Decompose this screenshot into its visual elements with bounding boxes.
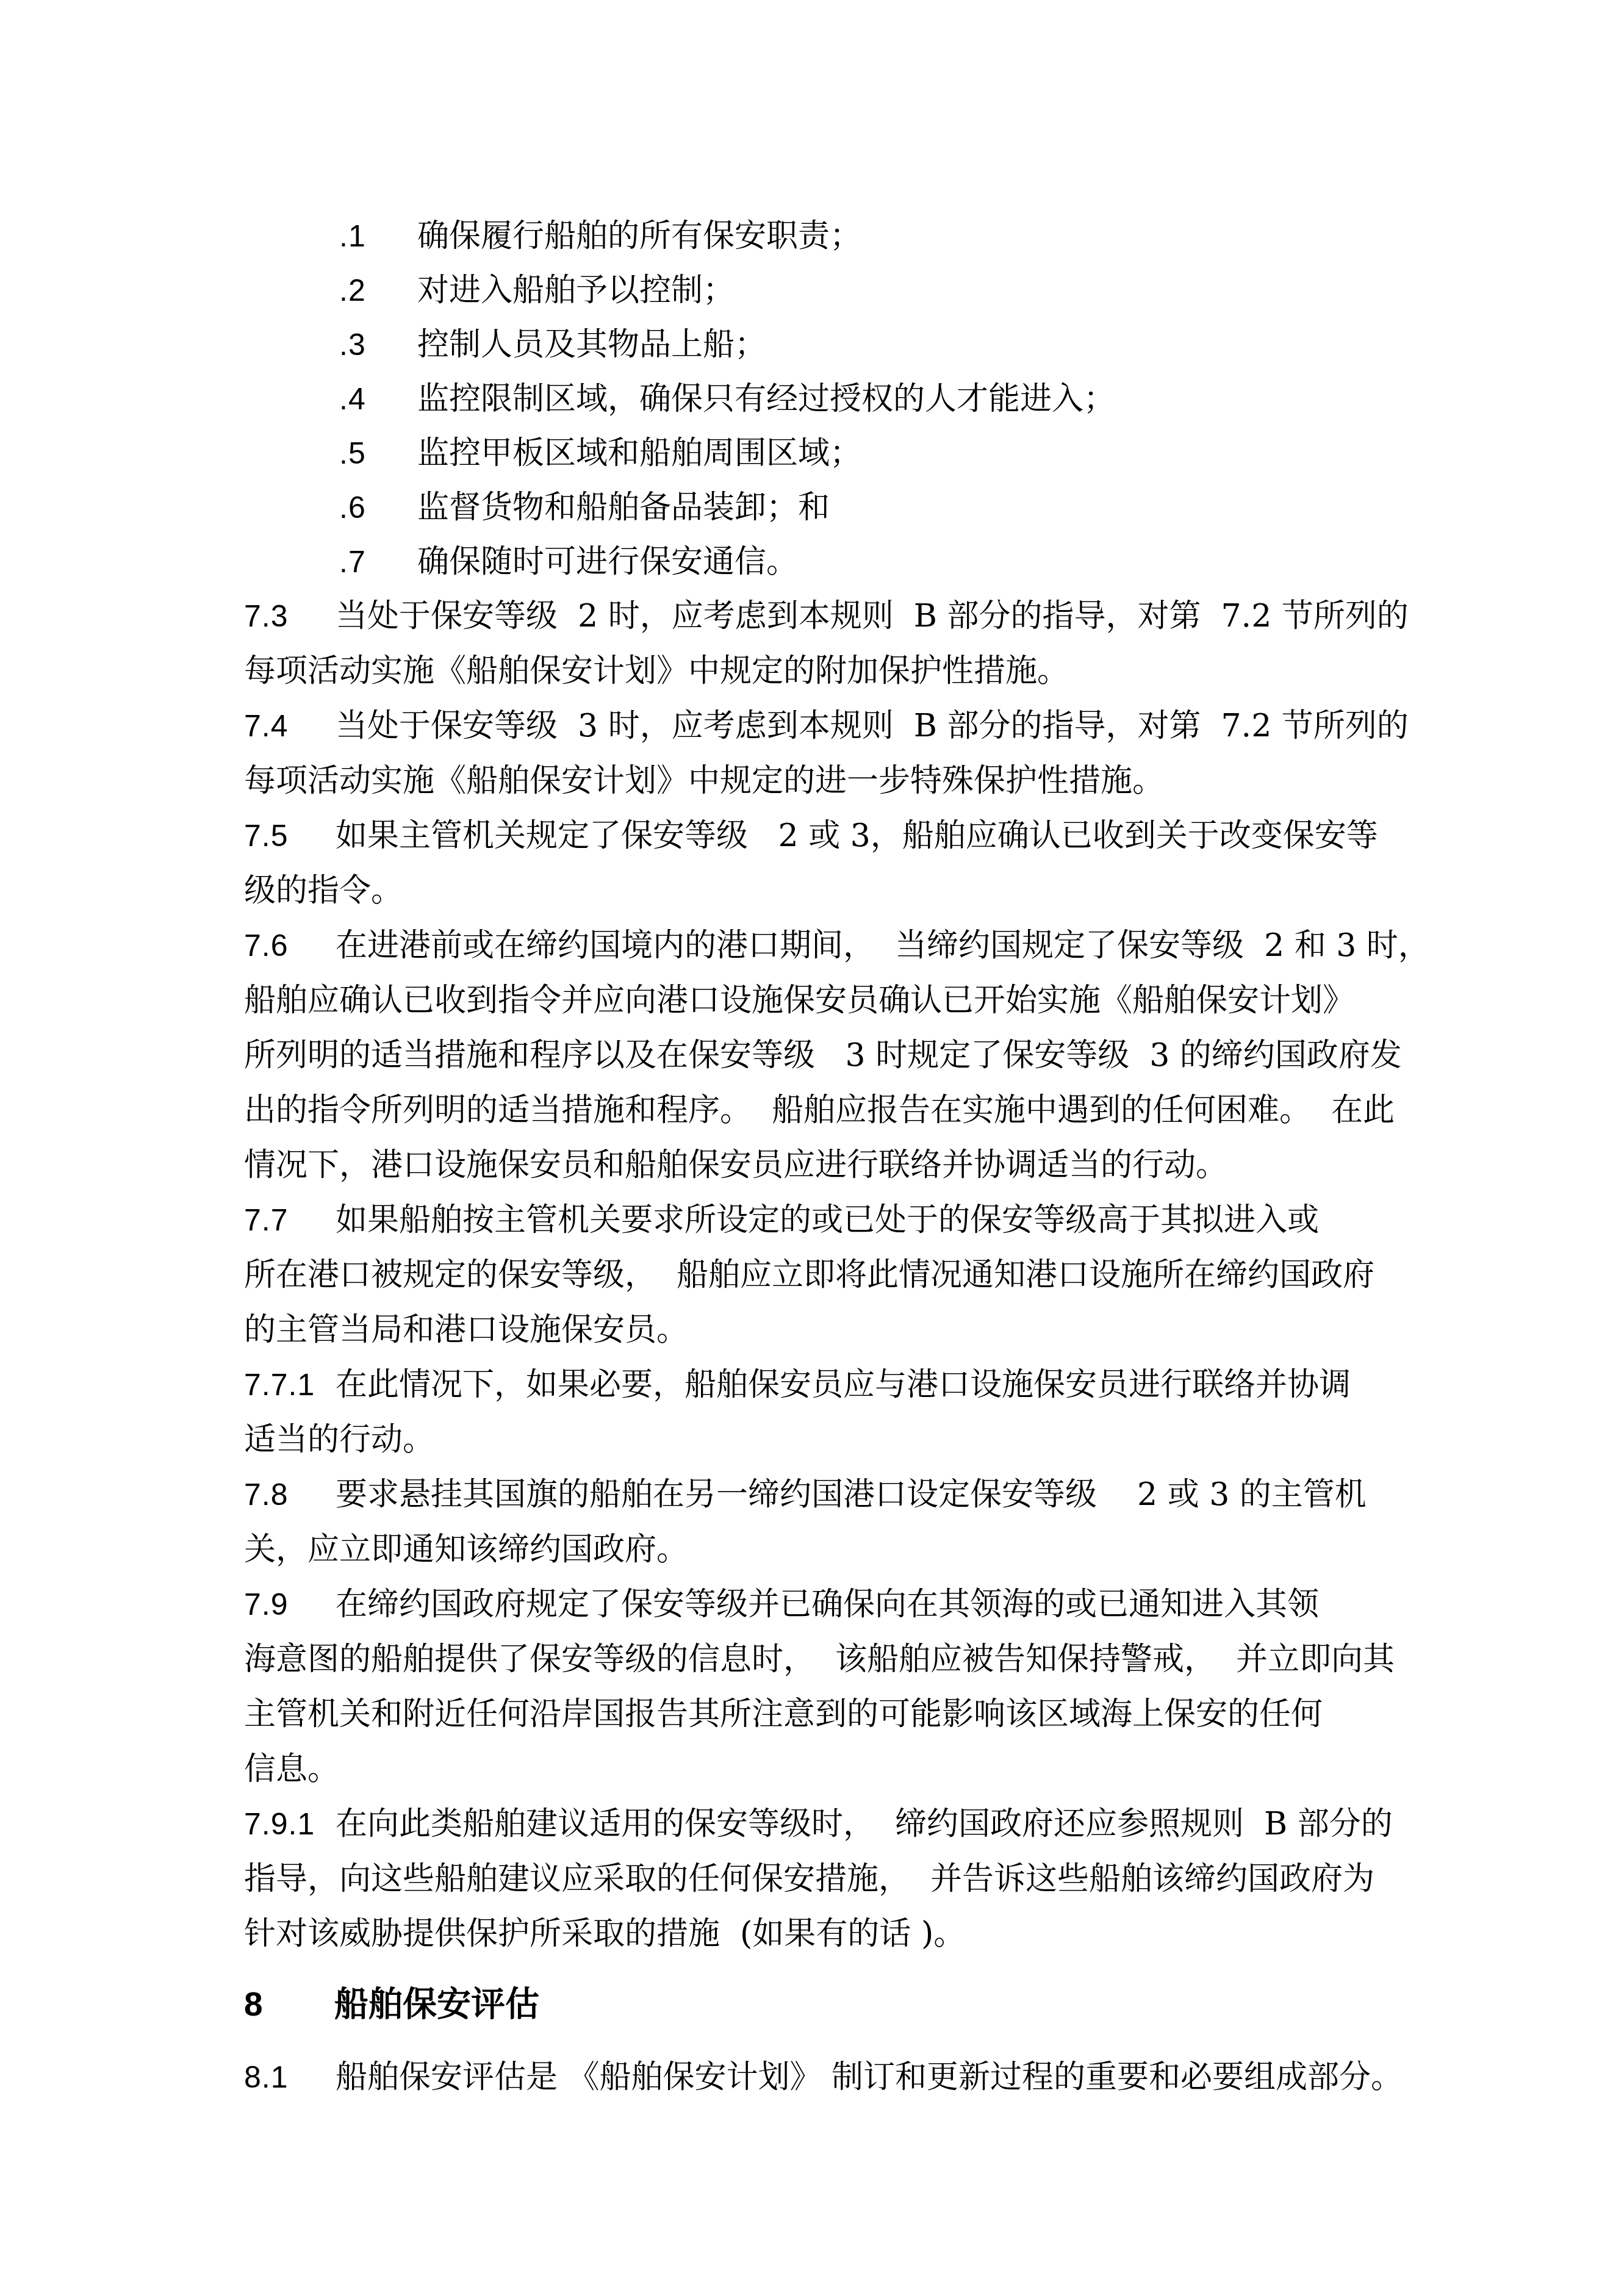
list-item-line: .2对进入船舶予以控制； <box>0 262 1624 320</box>
paragraph-first-line: 7.7.1在此情况下，如果必要，船舶保安员应与港口设施保安员进行联络并协调 <box>0 1356 1624 1414</box>
list-item-line: .5监控甲板区域和船舶周围区域； <box>0 425 1624 483</box>
item-number: .5 <box>339 425 366 483</box>
list-item-line: .3控制人员及其物品上船； <box>0 316 1624 374</box>
line-text: 在此情况下，如果必要，船舶保安员应与港口设施保安员进行联络并协调 <box>336 1356 1351 1414</box>
line-text: 针对该威胁提供保护所采取的措施 (如果有的话 )。 <box>244 1905 965 1963</box>
list-item-line: .4监控限制区域，确保只有经过授权的人才能进入； <box>0 370 1624 428</box>
line-text: 船舶应确认已收到指令并应向港口设施保安员确认已开始实施《船舶保安计划》 <box>244 972 1354 1030</box>
item-number: .6 <box>339 479 366 537</box>
list-item-line: .6监督货物和船舶备品装卸；和 <box>0 479 1624 537</box>
section-heading-text: 船舶保安评估 <box>334 1975 539 2033</box>
paragraph-first-line: 8.1船舶保安评估是 《船舶保安计划》 制订和更新过程的重要和必要组成部分。 <box>0 2049 1624 2106</box>
item-number: 7.5 <box>244 807 289 865</box>
list-item-line: .1确保履行船舶的所有保安职责； <box>0 207 1624 265</box>
line-text: 关，应立即通知该缔约国政府。 <box>244 1521 688 1579</box>
item-number: 7.9 <box>244 1576 289 1634</box>
paragraph-continuation-line: 船舶应确认已收到指令并应向港口设施保安员确认已开始实施《船舶保安计划》 <box>0 972 1624 1030</box>
item-number: .4 <box>339 370 366 428</box>
line-text: 如果船舶按主管机关要求所设定的或已处于的保安等级高于其拟进入或 <box>336 1191 1319 1249</box>
item-number: 7.9.1 <box>244 1795 315 1853</box>
item-number: 7.3 <box>244 587 289 645</box>
paragraph-continuation-line: 关，应立即通知该缔约国政府。 <box>0 1521 1624 1579</box>
line-text: 在向此类船舶建议适用的保安等级时， 缔约国政府还应参照规则 B 部分的 <box>336 1795 1393 1853</box>
paragraph-continuation-line: 信息。 <box>0 1740 1624 1798</box>
line-text: 适当的行动。 <box>244 1411 434 1469</box>
item-number: 7.8 <box>244 1466 289 1524</box>
paragraph-first-line: 7.8要求悬挂其国旗的船舶在另一缔约国港口设定保安等级 2 或 3 的主管机 <box>0 1466 1624 1524</box>
line-text: 情况下，港口设施保安员和船舶保安员应进行联络并协调适当的行动。 <box>244 1137 1227 1194</box>
list-item-line: .7确保随时可进行保安通信。 <box>0 533 1624 591</box>
paragraph-first-line: 7.6在进港前或在缔约国境内的港口期间， 当缔约国规定了保安等级 2 和 3 时… <box>0 917 1624 975</box>
line-text: 出的指令所列明的适当措施和程序。 船舶应报告在实施中遇到的任何困难。 在此 <box>244 1082 1395 1140</box>
line-text: 每项活动实施《船舶保安计划》中规定的进一步特殊保护性措施。 <box>244 752 1164 810</box>
paragraph-first-line: 7.5如果主管机关规定了保安等级 2 或 3，船舶应确认已收到关于改变保安等 <box>0 807 1624 865</box>
paragraph-continuation-line: 所在港口被规定的保安等级， 船舶应立即将此情况通知港口设施所在缔约国政府 <box>0 1246 1624 1304</box>
document-page: .1确保履行船舶的所有保安职责；.2对进入船舶予以控制；.3控制人员及其物品上船… <box>0 0 1624 2295</box>
item-number: .3 <box>339 316 366 374</box>
line-text: 海意图的船舶提供了保安等级的信息时， 该船舶应被告知保持警戒， 并立即向其 <box>244 1631 1395 1689</box>
paragraph-continuation-line: 针对该威胁提供保护所采取的措施 (如果有的话 )。 <box>0 1905 1624 1963</box>
paragraph-continuation-line: 海意图的船舶提供了保安等级的信息时， 该船舶应被告知保持警戒， 并立即向其 <box>0 1631 1624 1689</box>
paragraph-continuation-line: 每项活动实施《船舶保安计划》中规定的进一步特殊保护性措施。 <box>0 752 1624 810</box>
line-text: 要求悬挂其国旗的船舶在另一缔约国港口设定保安等级 2 或 3 的主管机 <box>336 1466 1367 1524</box>
item-number: 7.4 <box>244 697 289 755</box>
line-text: 信息。 <box>244 1740 339 1798</box>
line-text: 当处于保安等级 3 时，应考虑到本规则 B 部分的指导，对第 7.2 节所列的 <box>336 697 1409 755</box>
item-number: 7.7.1 <box>244 1356 315 1414</box>
line-text: 每项活动实施《船舶保安计划》中规定的附加保护性措施。 <box>244 642 1069 700</box>
paragraph-first-line: 7.9.1在向此类船舶建议适用的保安等级时， 缔约国政府还应参照规则 B 部分的 <box>0 1795 1624 1853</box>
paragraph-continuation-line: 每项活动实施《船舶保安计划》中规定的附加保护性措施。 <box>0 642 1624 700</box>
section-number: 8 <box>244 1975 264 2033</box>
section-heading: 8船舶保安评估 <box>0 1975 1624 2033</box>
line-text: 在进港前或在缔约国境内的港口期间， 当缔约国规定了保安等级 2 和 3 时， <box>336 917 1430 975</box>
paragraph-first-line: 7.4当处于保安等级 3 时，应考虑到本规则 B 部分的指导，对第 7.2 节所… <box>0 697 1624 755</box>
paragraph-first-line: 7.3当处于保安等级 2 时，应考虑到本规则 B 部分的指导，对第 7.2 节所… <box>0 587 1624 645</box>
paragraph-continuation-line: 适当的行动。 <box>0 1411 1624 1469</box>
item-number: .1 <box>339 207 366 265</box>
paragraph-first-line: 7.9在缔约国政府规定了保安等级并已确保向在其领海的或已通知进入其领 <box>0 1576 1624 1634</box>
line-text: 所在港口被规定的保安等级， 船舶应立即将此情况通知港口设施所在缔约国政府 <box>244 1246 1374 1304</box>
item-number: 7.7 <box>244 1191 289 1249</box>
line-text: 在缔约国政府规定了保安等级并已确保向在其领海的或已通知进入其领 <box>336 1576 1319 1634</box>
paragraph-continuation-line: 指导，向这些船舶建议应采取的任何保安措施， 并告诉这些船舶该缔约国政府为 <box>0 1850 1624 1908</box>
line-text: 船舶保安评估是 《船舶保安计划》 制订和更新过程的重要和必要组成部分。 <box>336 2049 1403 2106</box>
item-number: .7 <box>339 533 366 591</box>
paragraph-continuation-line: 主管机关和附近任何沿岸国报告其所注意到的可能影响该区域海上保安的任何 <box>0 1686 1624 1744</box>
paragraph-continuation-line: 所列明的适当措施和程序以及在保安等级 3 时规定了保安等级 3 的缔约国政府发 <box>0 1027 1624 1085</box>
line-text: 监督货物和船舶备品装卸；和 <box>417 479 830 537</box>
item-number: 7.6 <box>244 917 289 975</box>
item-number: .2 <box>339 262 366 320</box>
line-text: 当处于保安等级 2 时，应考虑到本规则 B 部分的指导，对第 7.2 节所列的 <box>336 587 1409 645</box>
paragraph-continuation-line: 的主管当局和港口设施保安员。 <box>0 1301 1624 1359</box>
line-text: 对进入船舶予以控制； <box>417 262 735 320</box>
paragraph-continuation-line: 出的指令所列明的适当措施和程序。 船舶应报告在实施中遇到的任何困难。 在此 <box>0 1082 1624 1140</box>
line-text: 监控限制区域，确保只有经过授权的人才能进入； <box>417 370 1115 428</box>
line-text: 的主管当局和港口设施保安员。 <box>244 1301 688 1359</box>
line-text: 级的指令。 <box>244 862 403 920</box>
line-text: 监控甲板区域和船舶周围区域； <box>417 425 861 483</box>
line-text: 如果主管机关规定了保安等级 2 或 3，船舶应确认已收到关于改变保安等 <box>336 807 1378 865</box>
paragraph-continuation-line: 情况下，港口设施保安员和船舶保安员应进行联络并协调适当的行动。 <box>0 1137 1624 1194</box>
line-text: 控制人员及其物品上船； <box>417 316 766 374</box>
paragraph-continuation-line: 级的指令。 <box>0 862 1624 920</box>
line-text: 所列明的适当措施和程序以及在保安等级 3 时规定了保安等级 3 的缔约国政府发 <box>244 1027 1402 1085</box>
line-text: 确保履行船舶的所有保安职责； <box>417 207 861 265</box>
line-text: 指导，向这些船舶建议应采取的任何保安措施， 并告诉这些船舶该缔约国政府为 <box>244 1850 1374 1908</box>
paragraph-first-line: 7.7如果船舶按主管机关要求所设定的或已处于的保安等级高于其拟进入或 <box>0 1191 1624 1249</box>
line-text: 确保随时可进行保安通信。 <box>417 533 798 591</box>
line-text: 主管机关和附近任何沿岸国报告其所注意到的可能影响该区域海上保安的任何 <box>244 1686 1323 1744</box>
item-number: 8.1 <box>244 2049 289 2106</box>
